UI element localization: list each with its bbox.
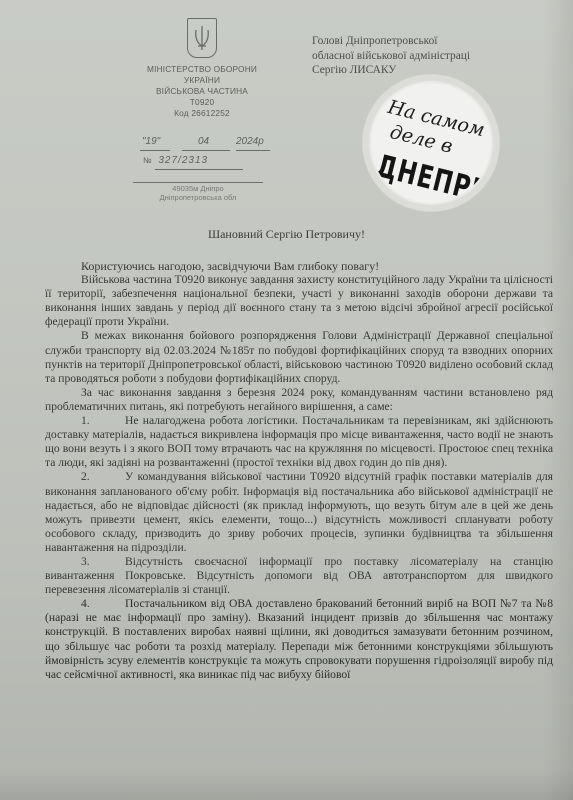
stamp-unit-number: Т0920	[132, 97, 272, 108]
paragraph: Користуючись нагодою, засвідчуючи Вам гл…	[45, 259, 553, 273]
outgoing-number: № 327/2313	[143, 155, 278, 169]
list-item: 2.У командування військової частини Т092…	[45, 470, 553, 555]
list-item: 1.Не налагоджена робота логістики. Поста…	[45, 414, 553, 470]
scan-shadow-bottom	[0, 770, 573, 800]
stamp-address: 49035м Дніпро Дніпропетровська обл	[133, 184, 263, 202]
outgoing-date: "19" 04 2024р	[140, 136, 280, 150]
watermark-line-3: ДНЕПРЕ	[373, 149, 491, 203]
salutation: Шановний Сергію Петровичу!	[0, 227, 573, 242]
paragraph: В межах виконання бойового розпорядження…	[45, 329, 553, 385]
official-stamp-block: МІНІСТЕРСТВО ОБОРОНИ УКРАЇНИ ВІЙСЬКОВА Ч…	[132, 18, 272, 119]
addressee-block: Голові Дніпропетровської обласної військ…	[312, 34, 552, 78]
paragraph: Військова частина Т0920 виконує завдання…	[45, 273, 553, 329]
scanned-letter: МІНІСТЕРСТВО ОБОРОНИ УКРАЇНИ ВІЙСЬКОВА Ч…	[0, 0, 573, 800]
date-year: 2024р	[236, 136, 264, 147]
list-item: 4.Постачальником від ОВА доставлено брак…	[45, 597, 553, 682]
number-value: 327/2313	[158, 155, 208, 166]
date-month: 04	[198, 136, 209, 147]
letter-body: Користуючись нагодою, засвідчуючи Вам гл…	[45, 259, 553, 682]
stamp-ministry: МІНІСТЕРСТВО ОБОРОНИ	[132, 64, 272, 75]
stamp-divider	[133, 182, 263, 183]
trident-icon	[187, 18, 217, 58]
paragraph: За час виконання завдання з березня 2024…	[45, 386, 553, 414]
stamp-code: Код 26612252	[132, 108, 272, 119]
stamp-country: УКРАЇНИ	[132, 75, 272, 86]
watermark-badge: На самом деле в ДНЕПРЕ	[363, 75, 499, 211]
scan-shadow-right	[543, 0, 573, 800]
list-item: 3.Відсутність своєчасної інформації про …	[45, 555, 553, 597]
number-prefix: №	[143, 156, 152, 165]
stamp-unit-label: ВІЙСЬКОВА ЧАСТИНА	[132, 86, 272, 97]
date-day: "19"	[142, 136, 160, 147]
